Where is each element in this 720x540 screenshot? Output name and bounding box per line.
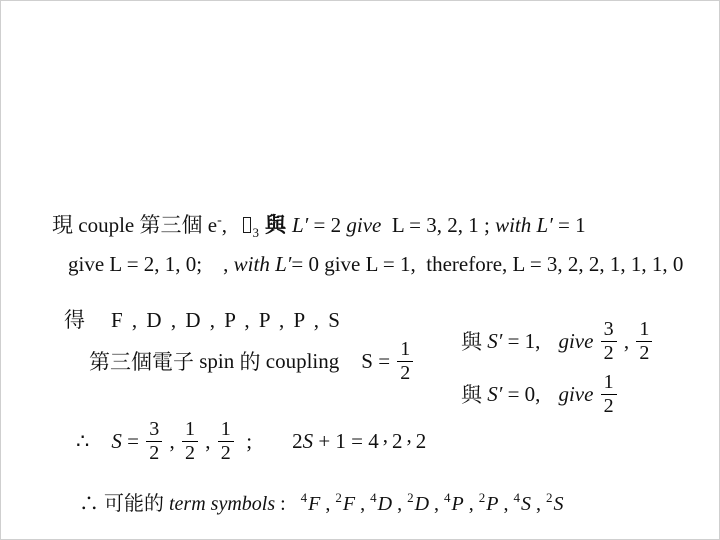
- formula-right-sprime-0: 與 S′ = 0, give 12: [461, 369, 619, 419]
- fraction-one-half: 12: [218, 419, 234, 464]
- comma: ,: [200, 429, 216, 454]
- give-L-values: give L = 2, 1, 0; ,: [68, 252, 234, 276]
- term-symbol: 4S: [513, 493, 531, 515]
- formula-line-s-values: ∴ S = 32 , 12 , 12 ; 2 S + 1 = 4 , 2 , 2: [76, 417, 426, 465]
- S-prime: S′: [487, 329, 507, 354]
- cjk-with: 與: [461, 379, 487, 409]
- therefore-symbol: ∴: [76, 429, 89, 454]
- comma: ,: [464, 493, 479, 515]
- cjk-with: 與: [461, 326, 487, 356]
- raised-comma: ,: [383, 423, 388, 448]
- word-spin: spin: [194, 349, 240, 374]
- fraction-one-half: 12: [182, 419, 198, 464]
- therefore-symbol: ∴: [79, 493, 104, 515]
- equals-sign: =: [373, 349, 395, 374]
- equals-0-comma: = 0,: [508, 382, 541, 407]
- equals-sign: =: [122, 429, 144, 454]
- cjk-obtain: 得: [64, 308, 85, 332]
- S-prime: S′: [487, 382, 507, 407]
- term-symbol: 2S: [546, 493, 564, 515]
- formula-line-term-symbols: ∴ 可能的 term symbols : 4F , 2F , 4D , 2D ,…: [59, 465, 563, 540]
- cjk-of: 的: [240, 346, 261, 376]
- term-symbol: 2D: [407, 493, 429, 515]
- term-symbol: 2F: [335, 493, 355, 515]
- spin-symbol: S: [303, 429, 314, 454]
- word-with: with: [234, 252, 275, 276]
- term-symbol: 4F: [301, 493, 321, 515]
- fraction-one-half: 12: [397, 339, 413, 384]
- comma: ,: [619, 329, 635, 354]
- fraction-one-half: 12: [636, 319, 652, 364]
- term-symbol: 4P: [444, 493, 464, 515]
- comma: ,: [355, 493, 370, 515]
- raised-comma: ,: [407, 423, 412, 448]
- formula-right-sprime-1: 與 S′ = 1, give 32 , 12: [461, 315, 654, 367]
- term-symbol: 2P: [479, 493, 499, 515]
- colon: :: [275, 493, 301, 515]
- multiplicity-coefficient: 2: [292, 429, 303, 454]
- word-give: give: [558, 329, 598, 354]
- word-give: give: [558, 382, 598, 407]
- multiplicity-equals: + 1 = 4: [313, 429, 379, 454]
- L-prime: L′: [275, 252, 291, 276]
- spin-symbol: S: [361, 349, 373, 374]
- multiplicity-value: 2: [392, 429, 403, 454]
- cjk-possible: 可能的: [104, 493, 169, 515]
- fraction-three-halves: 32: [146, 419, 162, 464]
- fraction-one-half: 12: [601, 372, 617, 417]
- term-symbols-label: term symbols: [169, 493, 275, 515]
- semicolon: ;: [236, 429, 252, 454]
- equals-1-comma: = 1,: [508, 329, 541, 354]
- spin-symbol: S: [111, 429, 122, 454]
- cjk-third-electron: 第三個電子: [89, 346, 194, 376]
- lecture-slide: 現 couple 第三個 e-, 3與L′ = 2 give L = 3, 2,…: [0, 0, 720, 540]
- comma: ,: [320, 493, 335, 515]
- comma: ,: [164, 429, 180, 454]
- formula-line-spin-coupling: 第三個電子 spin 的 coupling S = 12: [89, 337, 415, 385]
- comma: ,: [531, 493, 546, 515]
- term-symbol: 4D: [370, 493, 392, 515]
- term-letter-list: F , D , D , P , P , P , S: [111, 308, 340, 332]
- therefore-L-values: = 0 give L = 1, therefore, L = 3, 2, 2, …: [291, 252, 683, 276]
- comma: ,: [429, 493, 444, 515]
- word-coupling: coupling: [261, 349, 340, 374]
- comma: ,: [498, 493, 513, 515]
- comma: ,: [392, 493, 407, 515]
- fraction-three-halves: 32: [601, 319, 617, 364]
- multiplicity-value: 2: [416, 429, 427, 454]
